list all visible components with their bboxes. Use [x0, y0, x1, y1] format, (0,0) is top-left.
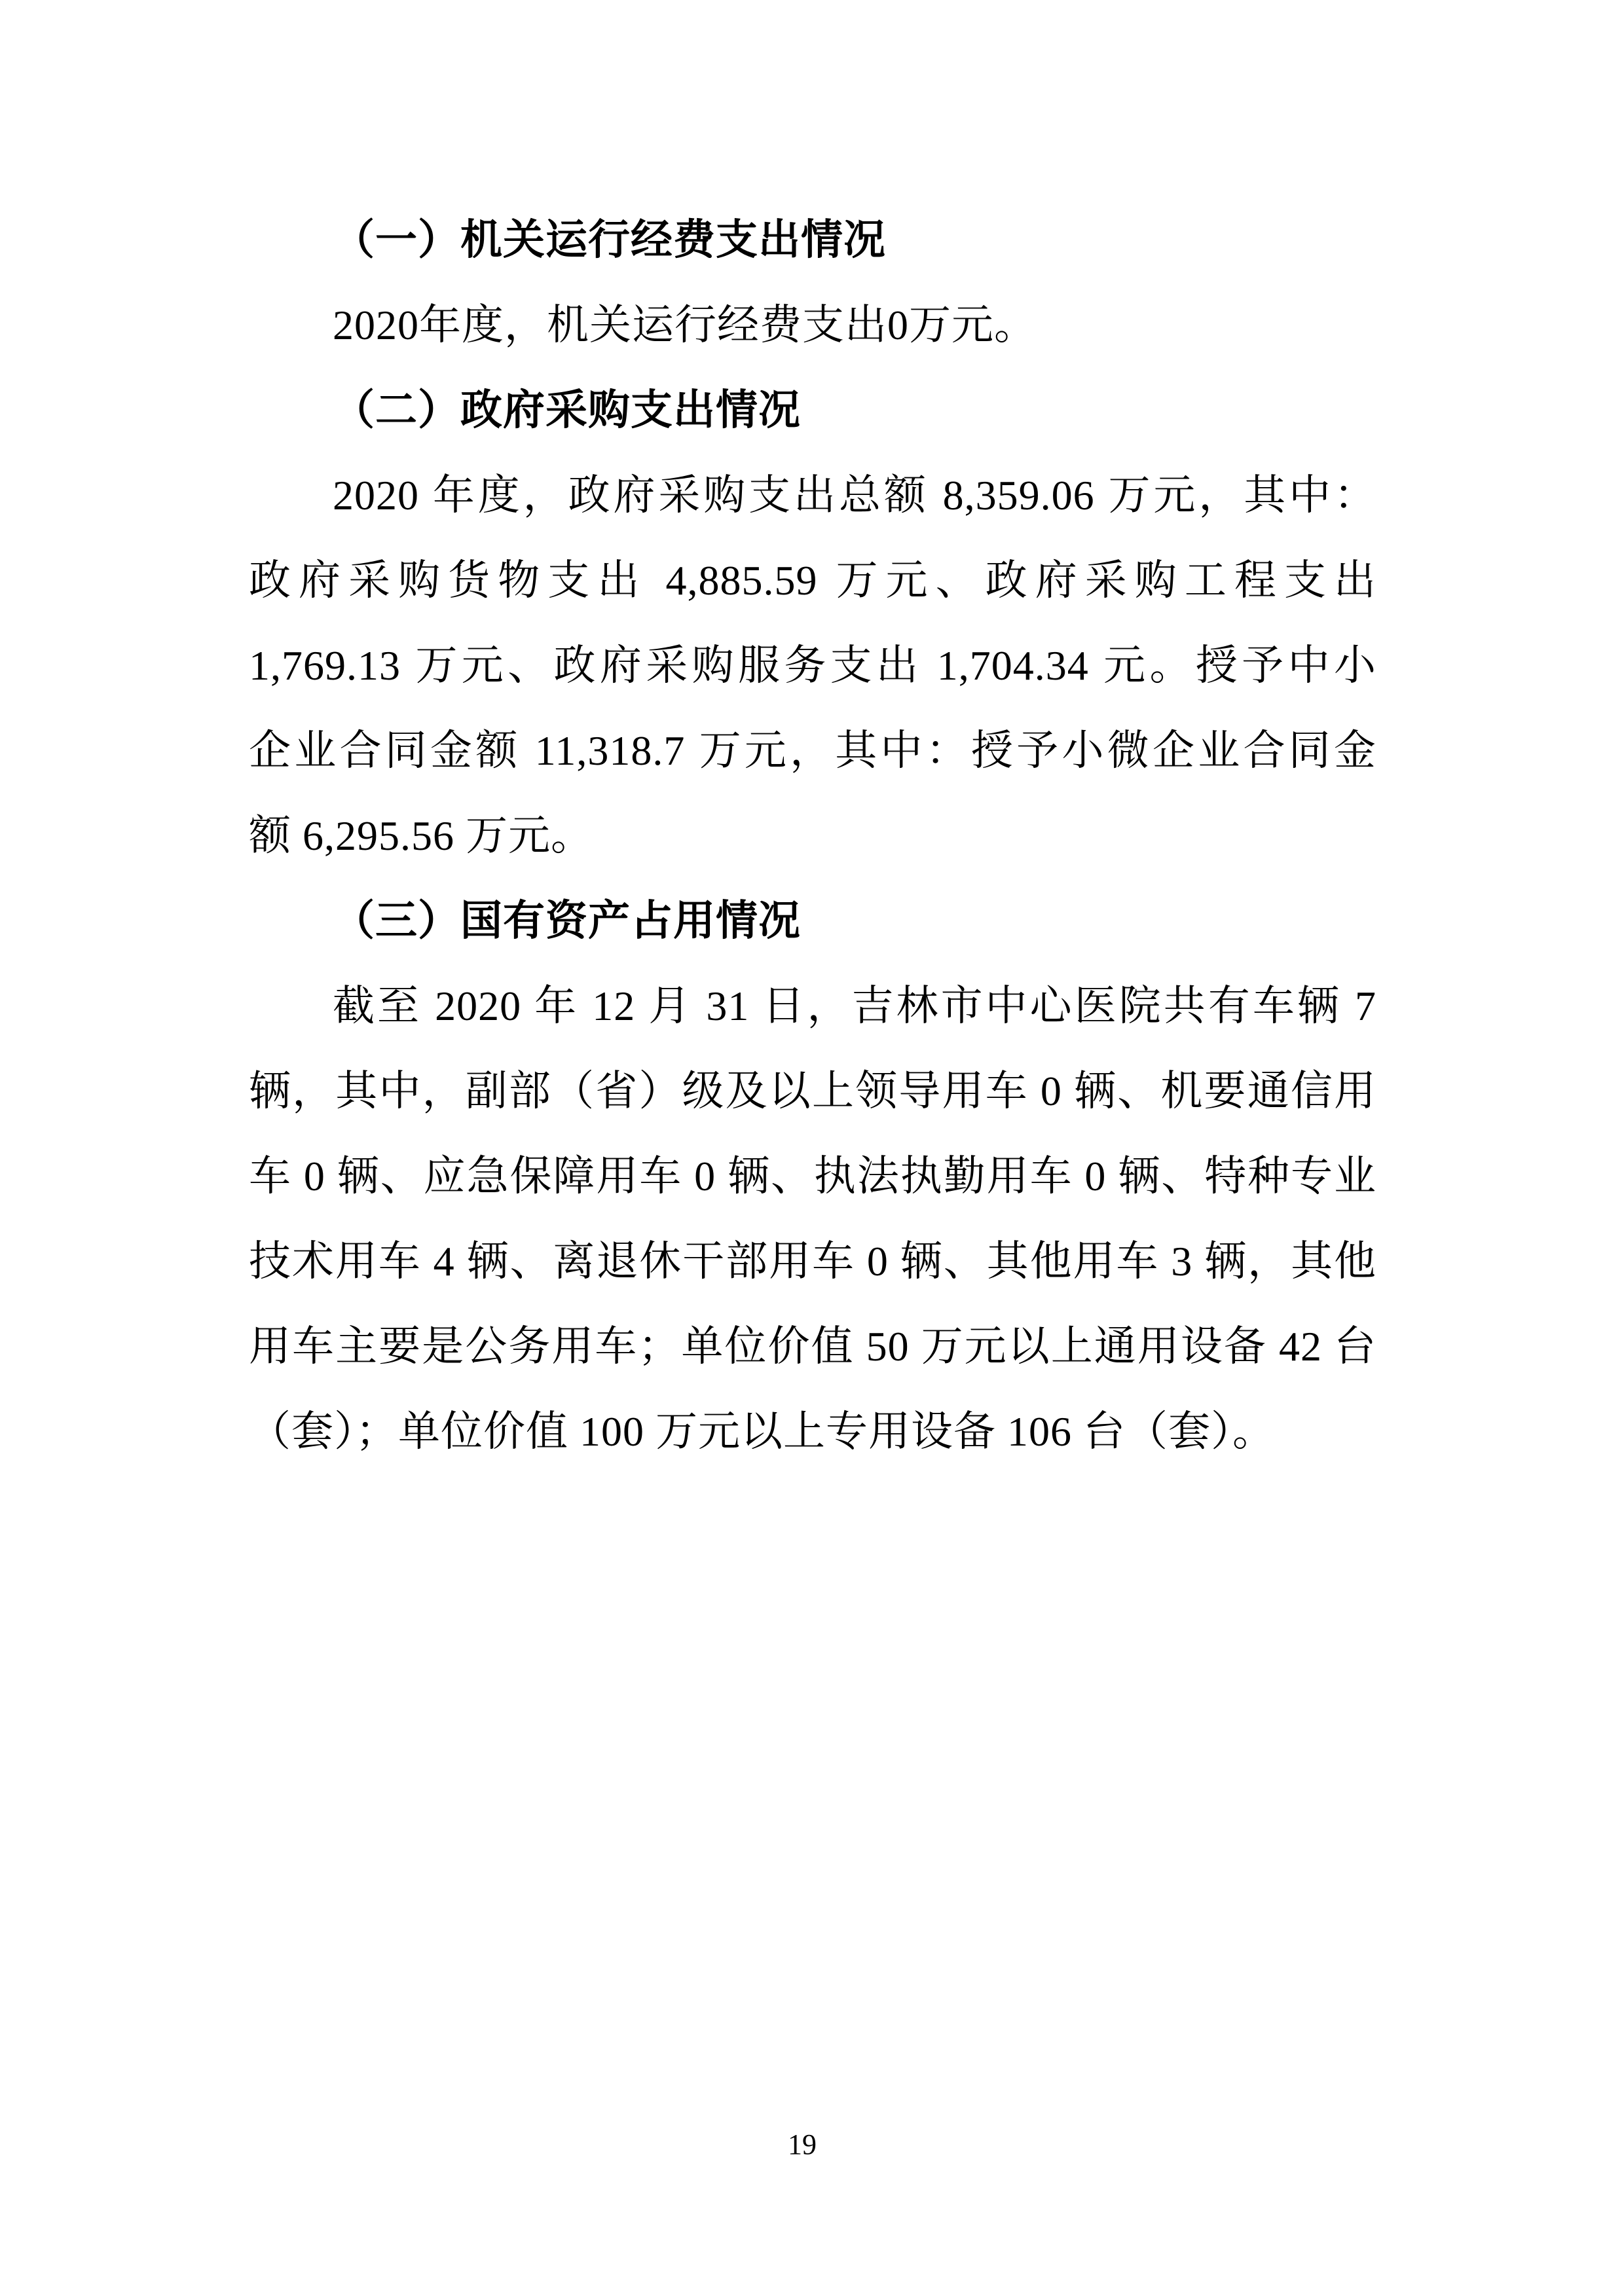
document-page: （一）机关运行经费支出情况 2020年度，机关运行经费支出0万元。 （二）政府采… [0, 0, 1624, 2296]
paragraph-procurement-line-4: 企业合同金额 11,318.7 万元，其中：授予小微企业合同金 [249, 708, 1376, 793]
paragraph-assets-line-3: 车 0 辆、应急保障用车 0 辆、执法执勤用车 0 辆、特种专业 [249, 1134, 1376, 1219]
section-heading-state-owned-assets: （三）国有资产占用情况 [249, 879, 1376, 964]
paragraph-procurement-line-1: 2020 年度，政府采购支出总额 8,359.06 万元，其中： [249, 453, 1376, 538]
section-heading-government-procurement: （二）政府采购支出情况 [249, 368, 1376, 453]
paragraph-procurement-line-3: 1,769.13 万元、政府采购服务支出 1,704.34 元。授予中小 [249, 623, 1376, 708]
document-body: （一）机关运行经费支出情况 2020年度，机关运行经费支出0万元。 （二）政府采… [249, 198, 1376, 1474]
paragraph-agency-operating-expense-line: 2020年度，机关运行经费支出0万元。 [249, 283, 1376, 368]
paragraph-procurement-line-5: 额 6,295.56 万元。 [249, 793, 1376, 879]
paragraph-assets-line-5: 用车主要是公务用车；单位价值 50 万元以上通用设备 42 台 [249, 1304, 1376, 1389]
paragraph-assets-line-1: 截至 2020 年 12 月 31 日，吉林市中心医院共有车辆 7 [249, 964, 1376, 1049]
page-number: 19 [0, 2129, 1604, 2160]
paragraph-procurement-line-2: 政府采购货物支出 4,885.59 万元、政府采购工程支出 [249, 538, 1376, 623]
section-heading-agency-operating-expense: （一）机关运行经费支出情况 [249, 198, 1376, 283]
paragraph-assets-line-2: 辆，其中，副部（省）级及以上领导用车 0 辆、机要通信用 [249, 1049, 1376, 1134]
paragraph-assets-line-6: （套）；单位价值 100 万元以上专用设备 106 台（套）。 [249, 1389, 1376, 1474]
paragraph-assets-line-4: 技术用车 4 辆、离退休干部用车 0 辆、其他用车 3 辆，其他 [249, 1219, 1376, 1304]
